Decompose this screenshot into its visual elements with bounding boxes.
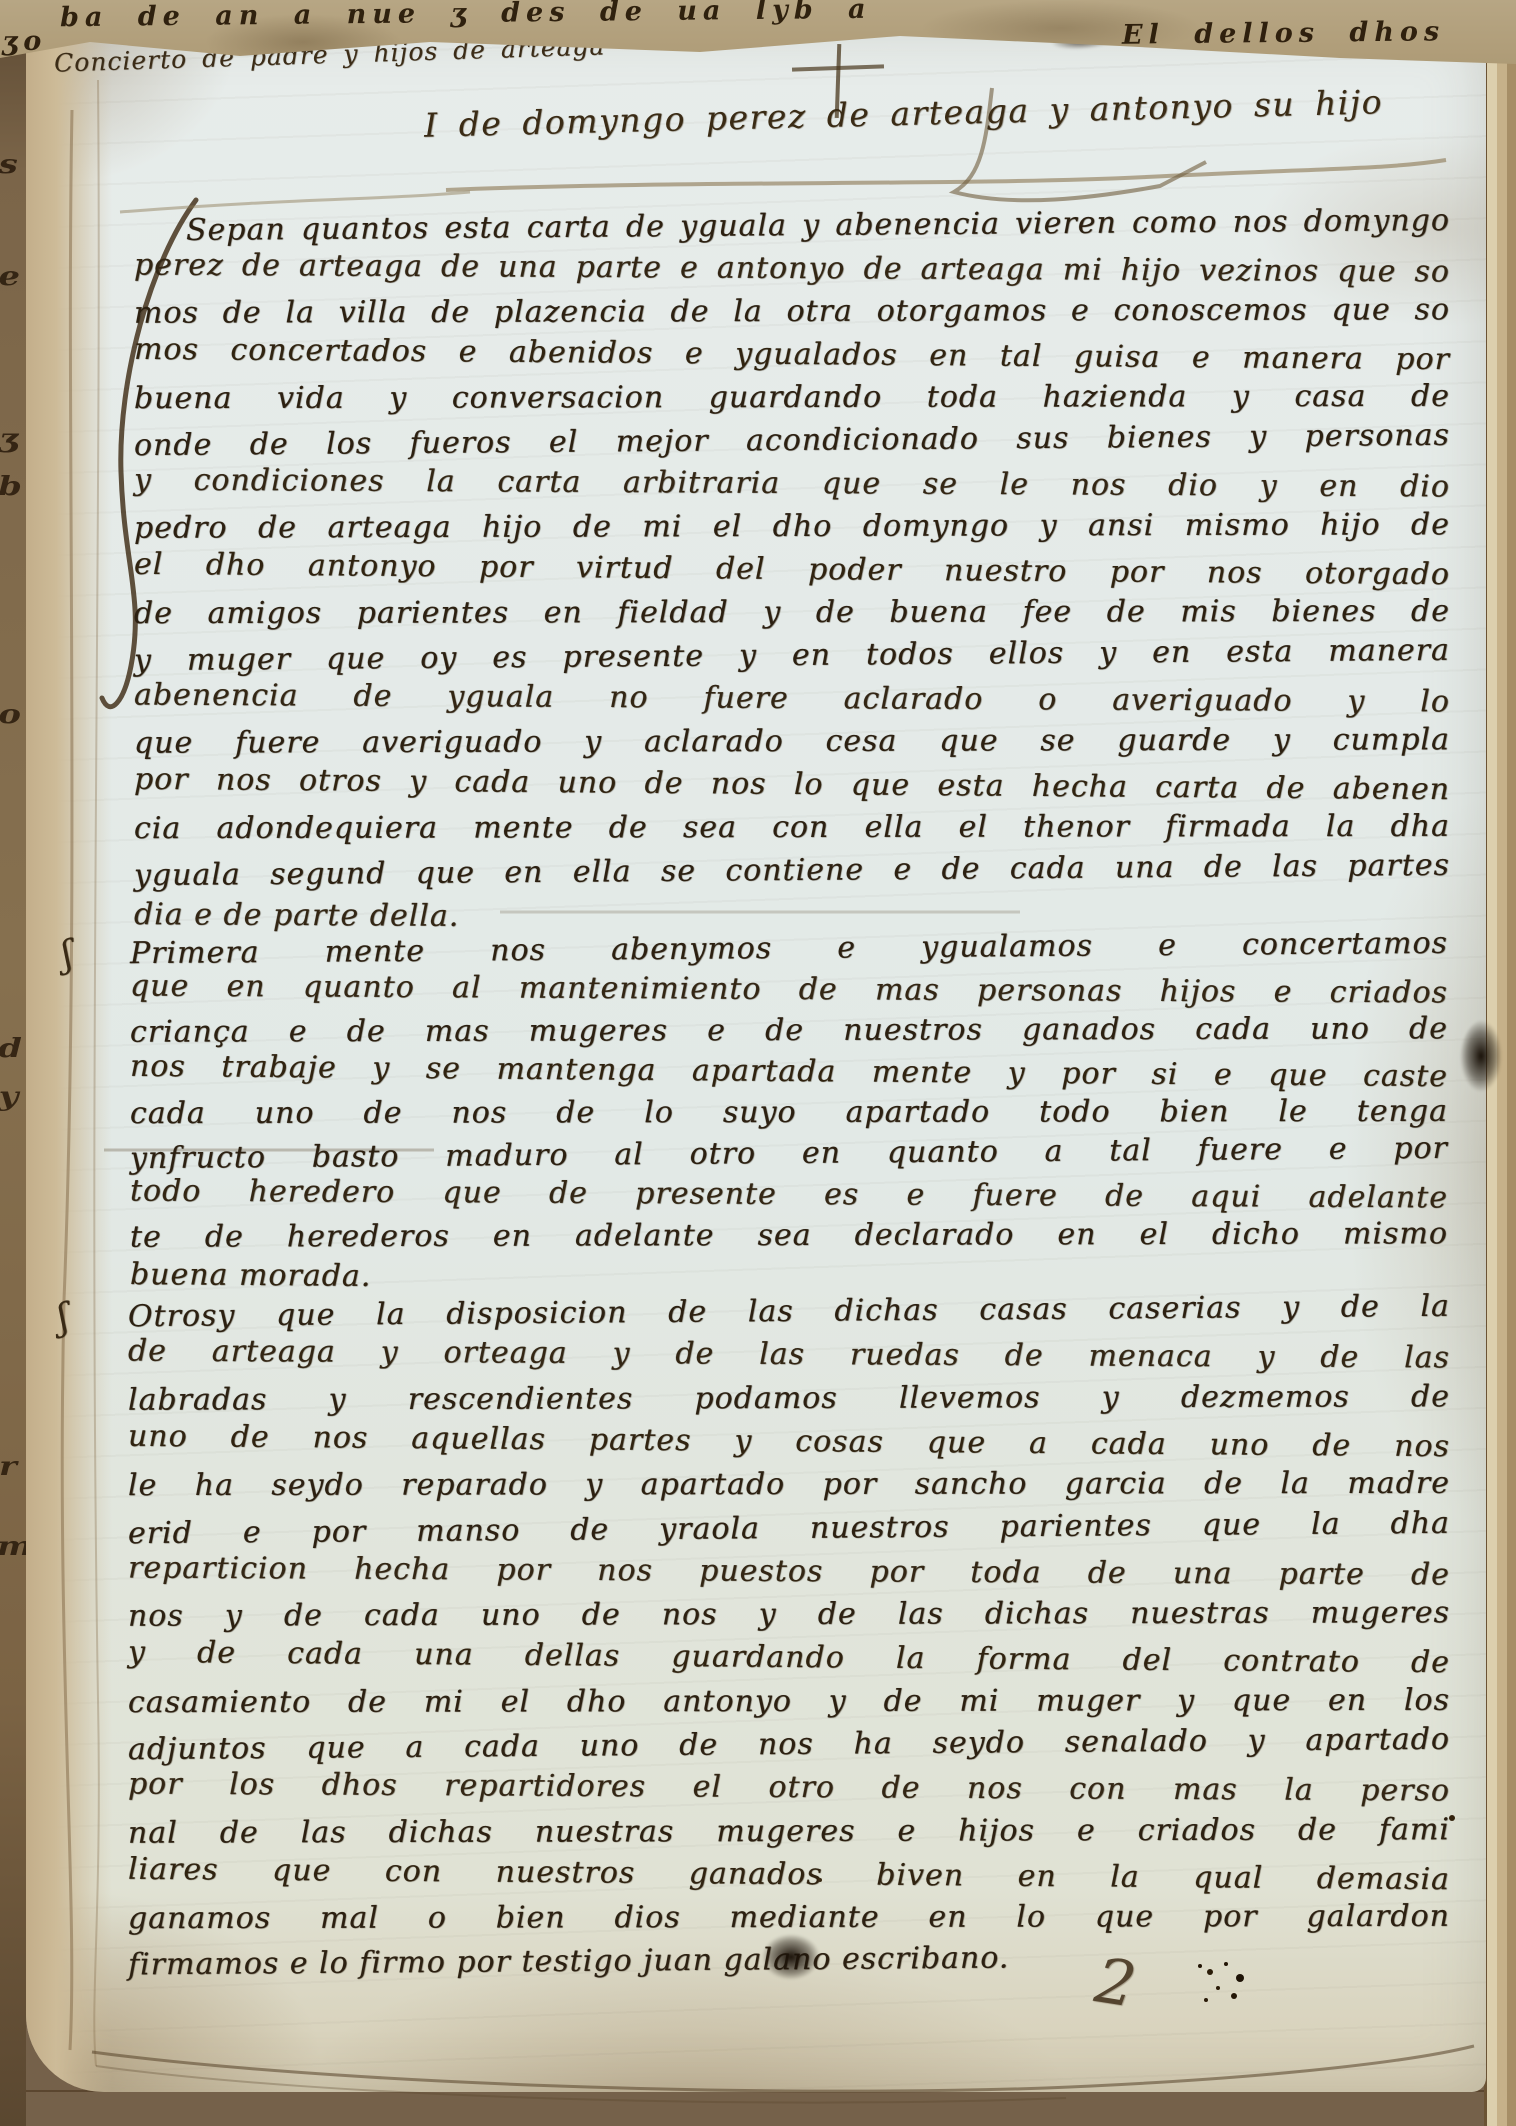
ink-speckles [1198, 1964, 1202, 1968]
manuscript-line: casamiento de mi el dho antonyo y de mi … [128, 1682, 1450, 1726]
previous-page-text-fragment: El dellos dhos [1122, 16, 1445, 50]
manuscript-line: uno de nos aquellas partes y cosas que a… [128, 1418, 1450, 1470]
manuscript-line: Sepan quantos esta carta de yguala y abe… [186, 202, 1450, 254]
previous-page-text-fragment: ba de an a nue ʒ des de ua lyb a [60, 0, 872, 33]
manuscript-line: por los dhos repartidores el otro de nos… [128, 1766, 1450, 1815]
manuscript-line: abenencia de yguala no fuere aclarado o … [134, 677, 1450, 726]
manuscript-line: yguala segund que en ella se contiene e … [134, 847, 1450, 899]
manuscript-line: pedro de arteaga hijo de mi el dho domyn… [134, 506, 1450, 551]
manuscript-body: Sepan quantos esta carta de yguala y abe… [0, 0, 1516, 2126]
manuscript-line: mos concertados e abenidos e ygualados e… [134, 331, 1450, 383]
manuscript-line: todo heredero que de presente es e fuere… [130, 1173, 1448, 1222]
manuscript-line: por nos otros y cada uno de nos lo que e… [134, 761, 1450, 813]
manuscript-line: de arteaga y orteaga y de las ruedas de … [128, 1333, 1450, 1382]
manuscript-line: perez de arteaga de una parte e antonyo … [134, 247, 1450, 296]
manuscript-line: erid e por manso de yraola nuestros pari… [128, 1504, 1450, 1556]
manuscript-line: Otrosy que la disposicion de las dichas … [128, 1288, 1450, 1340]
manuscript-line: labradas y rescendientes podamos llevemo… [128, 1378, 1450, 1423]
manuscript-line: nal de las dichas nuestras mugeres e hij… [128, 1811, 1450, 1856]
manuscript-line: te de herederos en adelante sea declarad… [130, 1215, 1448, 1260]
paragraph-mark: ʃ [53, 1296, 72, 1338]
manuscript-line: mos de la villa de plazencia de la otra … [134, 291, 1450, 336]
manuscript-line: buena vida y conversacion guardando toda… [134, 378, 1450, 422]
manuscript-line: adjuntos que a cada uno de nos ha seydo … [128, 1721, 1450, 1773]
manuscript-line: y condiciones la carta arbitraria que se… [134, 462, 1450, 511]
manuscript-line: y de cada una dellas guardando la forma … [128, 1634, 1450, 1686]
manuscript-line: buena morada. [130, 1256, 372, 1300]
manuscript-line: reparticion hecha por nos puestos por to… [128, 1549, 1450, 1598]
manuscript-line: cia adondequiera mente de sea con ella e… [134, 808, 1450, 852]
manuscript-line: de amigos parientes en fieldad y de buen… [134, 593, 1450, 637]
manuscript-scan: seʒbodyrm Concierto de padre y hijos de … [0, 0, 1516, 2126]
manuscript-line: que fuere averiguado y aclarado cesa que… [134, 721, 1450, 766]
manuscript-line: nos y de cada uno de nos y de las dichas… [128, 1594, 1450, 1639]
manuscript-line: liares que con nuestros ganados biven en… [128, 1851, 1450, 1903]
paragraph-mark: ʃ [57, 933, 76, 975]
manuscript-line: firmamos e lo firmo por testigo juan gal… [128, 1939, 1010, 1988]
manuscript-line: onde de los fueros el mejor acondicionad… [134, 417, 1450, 469]
manuscript-line: el dho antonyo por virtud del poder nues… [134, 546, 1450, 598]
manuscript-line: que en quanto al mantenimiento de mas pe… [130, 968, 1448, 1017]
manuscript-line: le ha seydo reparado y apartado por sanc… [128, 1465, 1450, 1509]
manuscript-line: y muger que oy es presente y en todos el… [134, 632, 1450, 684]
